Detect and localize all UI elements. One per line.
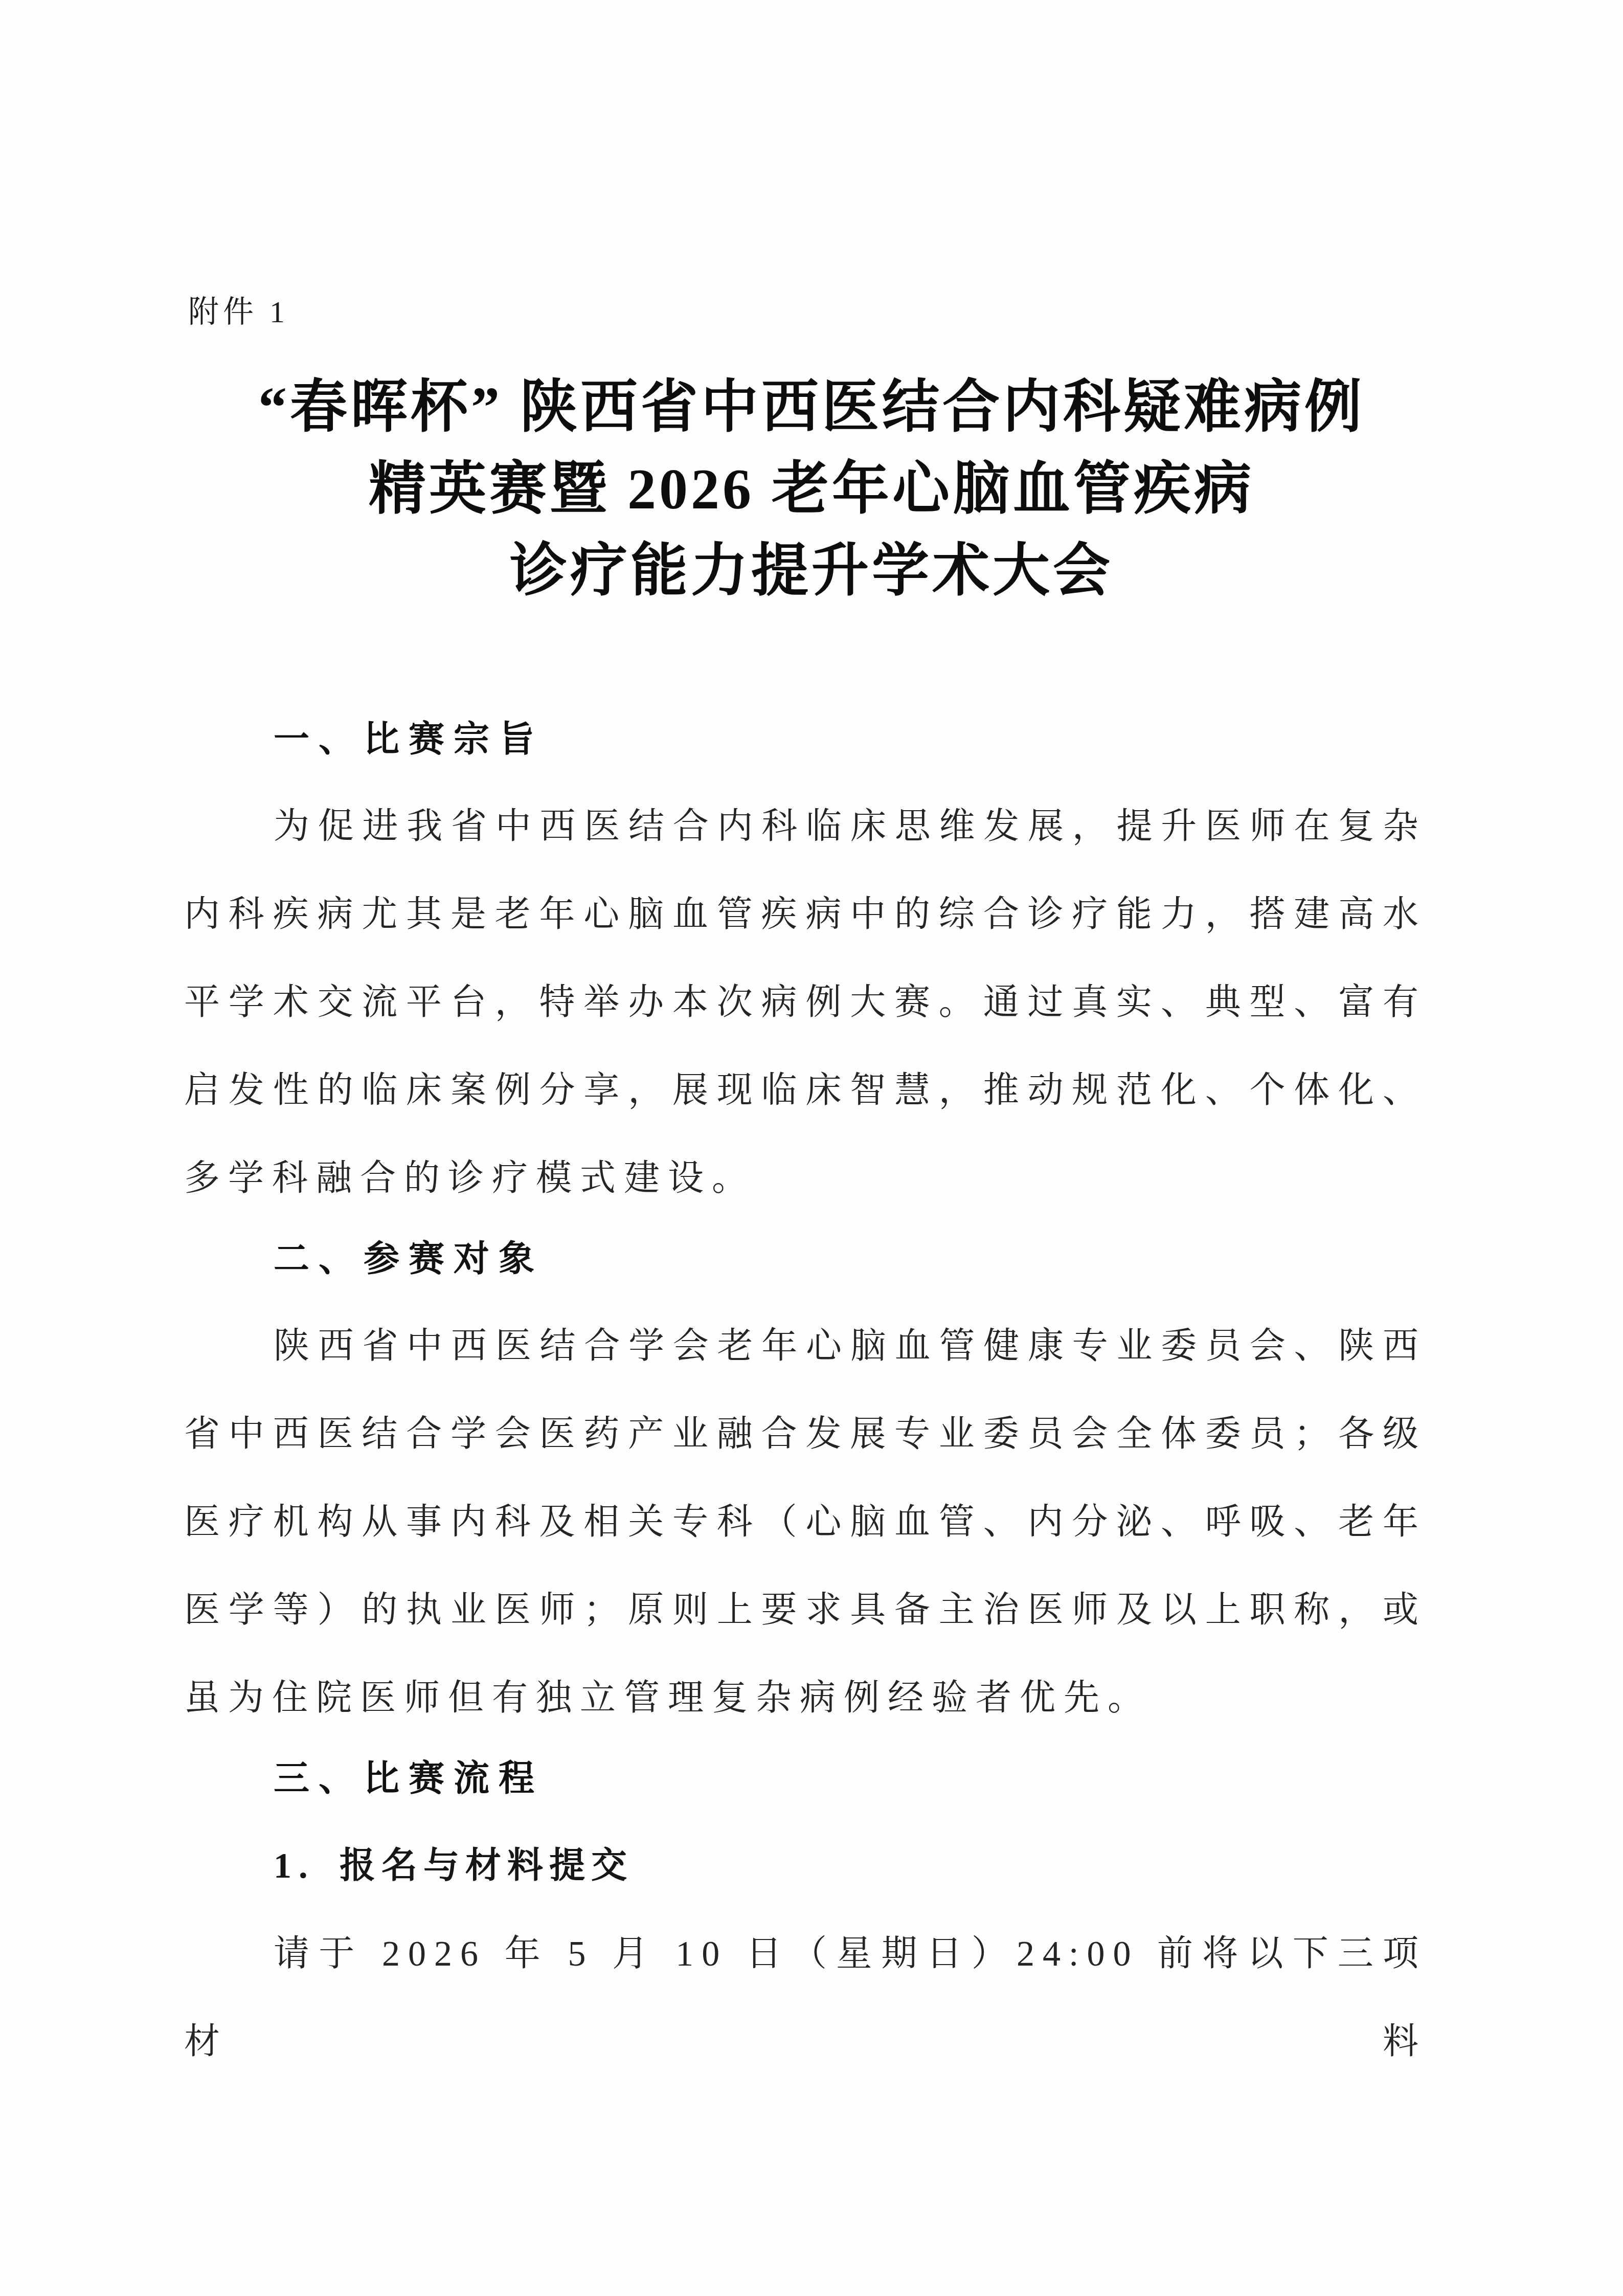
- subheading-registration: 1．报名与材料提交: [184, 1822, 1427, 1910]
- body-line: 平学术交流平台，特举办本次病例大赛。通过真实、典型、富有: [184, 959, 1427, 1047]
- document-body: 一、比赛宗旨 为促进我省中西医结合内科临床思维发展，提升医师在复杂 内科疾病尤其…: [184, 703, 1427, 2086]
- attachment-label: 附件 1: [188, 292, 1623, 332]
- title-line-2: 精英赛暨 2026 老年心脑血管疾病: [0, 449, 1623, 530]
- body-line: 请于 2026 年 5 月 10 日（星期日）24:00 前将以下三项材料: [184, 1910, 1427, 2086]
- document-page: 附件 1 “春晖杯” 陕西省中西医结合内科疑难病例 精英赛暨 2026 老年心脑…: [0, 0, 1623, 2296]
- body-line: 医学等）的执业医师；原则上要求具备主治医师及以上职称，或: [184, 1567, 1427, 1655]
- body-line: 为促进我省中西医结合内科临床思维发展，提升医师在复杂: [184, 783, 1427, 871]
- document-title: “春晖杯” 陕西省中西医结合内科疑难病例 精英赛暨 2026 老年心脑血管疾病 …: [0, 367, 1623, 612]
- section-participants: 二、参赛对象 陕西省中西医结合学会老年心脑血管健康专业委员会、陕西 省中西医结合…: [184, 1223, 1427, 1743]
- section-competition-process: 三、比赛流程 1．报名与材料提交 请于 2026 年 5 月 10 日（星期日）…: [184, 1743, 1427, 2086]
- section-heading-process: 三、比赛流程: [184, 1743, 1427, 1814]
- section-heading-participants: 二、参赛对象: [184, 1223, 1427, 1295]
- body-line: 多学科融合的诊疗模式建设。: [184, 1135, 1427, 1223]
- title-line-3: 诊疗能力提升学术大会: [0, 530, 1623, 612]
- title-line-1: “春晖杯” 陕西省中西医结合内科疑难病例: [0, 367, 1623, 449]
- body-line: 虽为住院医师但有独立管理复杂病例经验者优先。: [184, 1655, 1427, 1743]
- body-line: 内科疾病尤其是老年心脑血管疾病中的综合诊疗能力，搭建高水: [184, 871, 1427, 959]
- section-heading-purpose: 一、比赛宗旨: [184, 703, 1427, 775]
- body-line: 启发性的临床案例分享，展现临床智慧，推动规范化、个体化、: [184, 1047, 1427, 1135]
- body-line: 医疗机构从事内科及相关专科（心脑血管、内分泌、呼吸、老年: [184, 1479, 1427, 1567]
- body-line: 陕西省中西医结合学会老年心脑血管健康专业委员会、陕西: [184, 1303, 1427, 1391]
- section-competition-purpose: 一、比赛宗旨 为促进我省中西医结合内科临床思维发展，提升医师在复杂 内科疾病尤其…: [184, 703, 1427, 1223]
- body-line: 省中西医结合学会医药产业融合发展专业委员会全体委员；各级: [184, 1391, 1427, 1479]
